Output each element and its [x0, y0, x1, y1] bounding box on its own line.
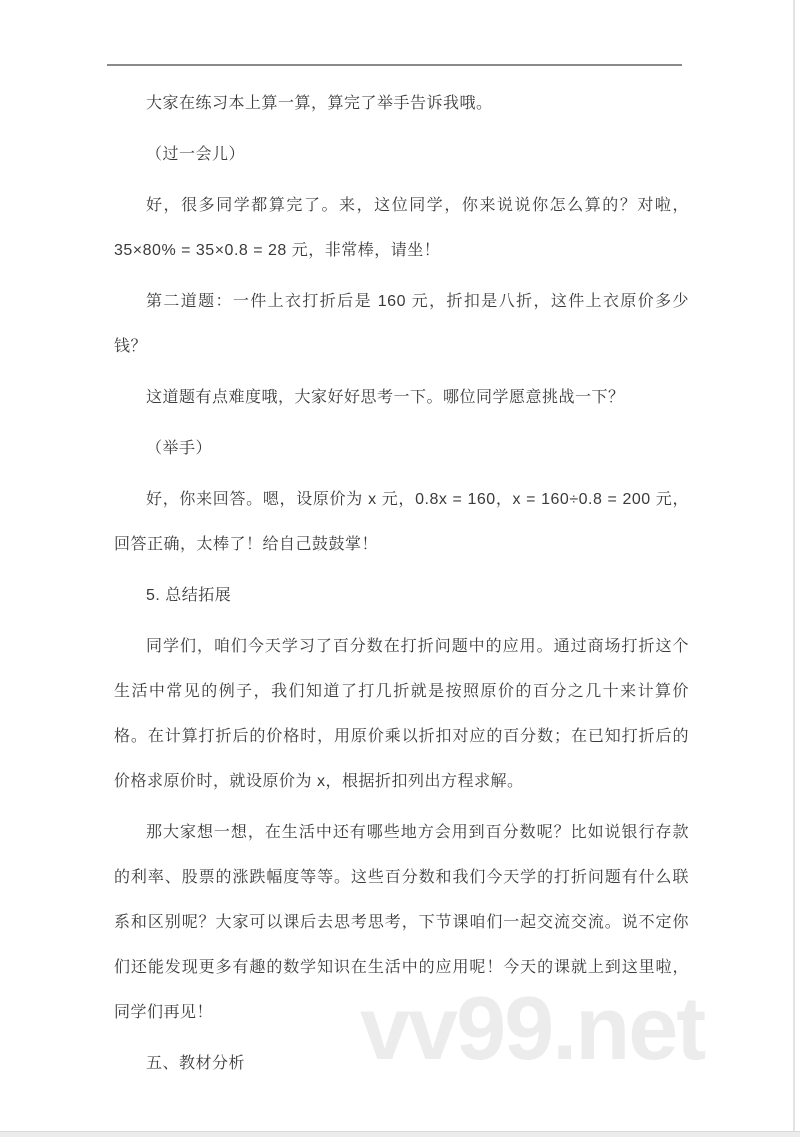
- page-bottom-edge: [0, 1131, 800, 1137]
- paragraph: （举手）: [114, 426, 689, 471]
- document-page: 大家在练习本上算一算，算完了举手告诉我哦。（过一会儿）好，很多同学都算完了。来，…: [0, 0, 800, 1137]
- paragraph: （过一会儿）: [114, 132, 689, 177]
- paragraph: 同学们，咱们今天学习了百分数在打折问题中的应用。通过商场打折这个生活中常见的例子…: [114, 624, 689, 804]
- paragraph: 那大家想一想，在生活中还有哪些地方会用到百分数呢？比如说银行存款的利率、股票的涨…: [114, 810, 689, 1035]
- paragraph: 好，你来回答。嗯，设原价为 x 元，0.8x = 160，x = 160÷0.8…: [114, 477, 689, 567]
- paragraph: 第二道题：一件上衣打折后是 160 元，折扣是八折，这件上衣原价多少钱？: [114, 279, 689, 369]
- paragraph: 5. 总结拓展: [114, 573, 689, 618]
- paragraph: 大家在练习本上算一算，算完了举手告诉我哦。: [114, 81, 689, 126]
- page-right-edge: [793, 0, 795, 1131]
- paragraph: 好，很多同学都算完了。来，这位同学，你来说说你怎么算的？对啦，35×80% = …: [114, 183, 689, 273]
- paragraph: 五、教材分析: [114, 1041, 689, 1086]
- document-body: 大家在练习本上算一算，算完了举手告诉我哦。（过一会儿）好，很多同学都算完了。来，…: [114, 81, 689, 1092]
- header-separator-rule: [107, 64, 682, 66]
- paragraph: 这道题有点难度哦，大家好好思考一下。哪位同学愿意挑战一下？: [114, 375, 689, 420]
